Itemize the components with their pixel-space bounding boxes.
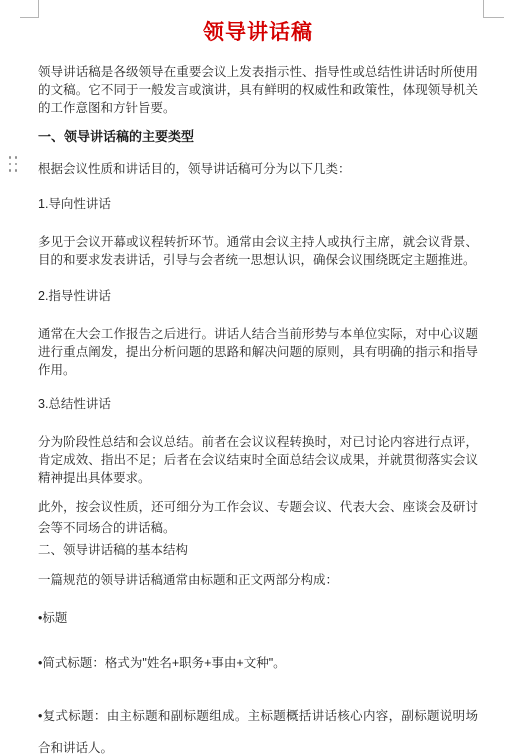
margin-crop-mark-left — [20, 0, 39, 18]
speech-type-3-desc: 分为阶段性总结和会议总结。前者在会议议程转换时，对已讨论内容进行点评，肯定成效、… — [38, 433, 478, 487]
document-body: 领导讲话稿 领导讲话稿是各级领导在重要会议上发表指示性、指导性或总结性讲话时所使… — [38, 20, 478, 756]
speech-type-1-name: 1.导向性讲话 — [38, 196, 478, 213]
bullet-item-simple-title: •简式标题：格式为"姓名+职务+事由+文种"。 — [38, 655, 478, 672]
section-2-lead: 一篇规范的领导讲话稿通常由标题和正文两部分构成： — [38, 572, 478, 589]
margin-crop-mark-right — [483, 0, 504, 18]
speech-type-1-desc: 多见于会议开幕或议程转折环节。通常由会议主持人或执行主席，就会议背景、目的和要求… — [38, 233, 478, 269]
document-page: 领导讲话稿 领导讲话稿是各级领导在重要会议上发表指示性、指导性或总结性讲话时所使… — [0, 0, 513, 756]
section-1-lead: 根据会议性质和讲话目的，领导讲话稿可分为以下几类： — [38, 161, 478, 178]
section-1-note: 此外，按会议性质，还可细分为工作会议、专题会议、代表大会、座谈会及研讨会等不同场… — [38, 497, 478, 539]
section-2-heading: 二、领导讲话稿的基本结构 — [38, 542, 478, 559]
bullet-item-compound-title: •复式标题：由主标题和副标题组成。主标题概括讲话核心内容，副标题说明场合和讲话人… — [38, 700, 478, 756]
document-title: 领导讲话稿 — [38, 20, 478, 45]
section-1-heading: 一、领导讲话稿的主要类型 — [38, 129, 478, 145]
bullet-item-title: •标题 — [38, 610, 478, 627]
speech-type-3-name: 3.总结性讲话 — [38, 396, 478, 413]
speech-type-2-desc: 通常在大会工作报告之后进行。讲话人结合当前形势与本单位实际，对中心议题进行重点阐… — [38, 325, 478, 379]
intro-paragraph: 领导讲话稿是各级领导在重要会议上发表指示性、指导性或总结性讲话时所使用的文稿。它… — [38, 63, 478, 117]
speech-type-2-name: 2.指导性讲话 — [38, 288, 478, 305]
drag-handle-icon[interactable] — [7, 154, 19, 174]
